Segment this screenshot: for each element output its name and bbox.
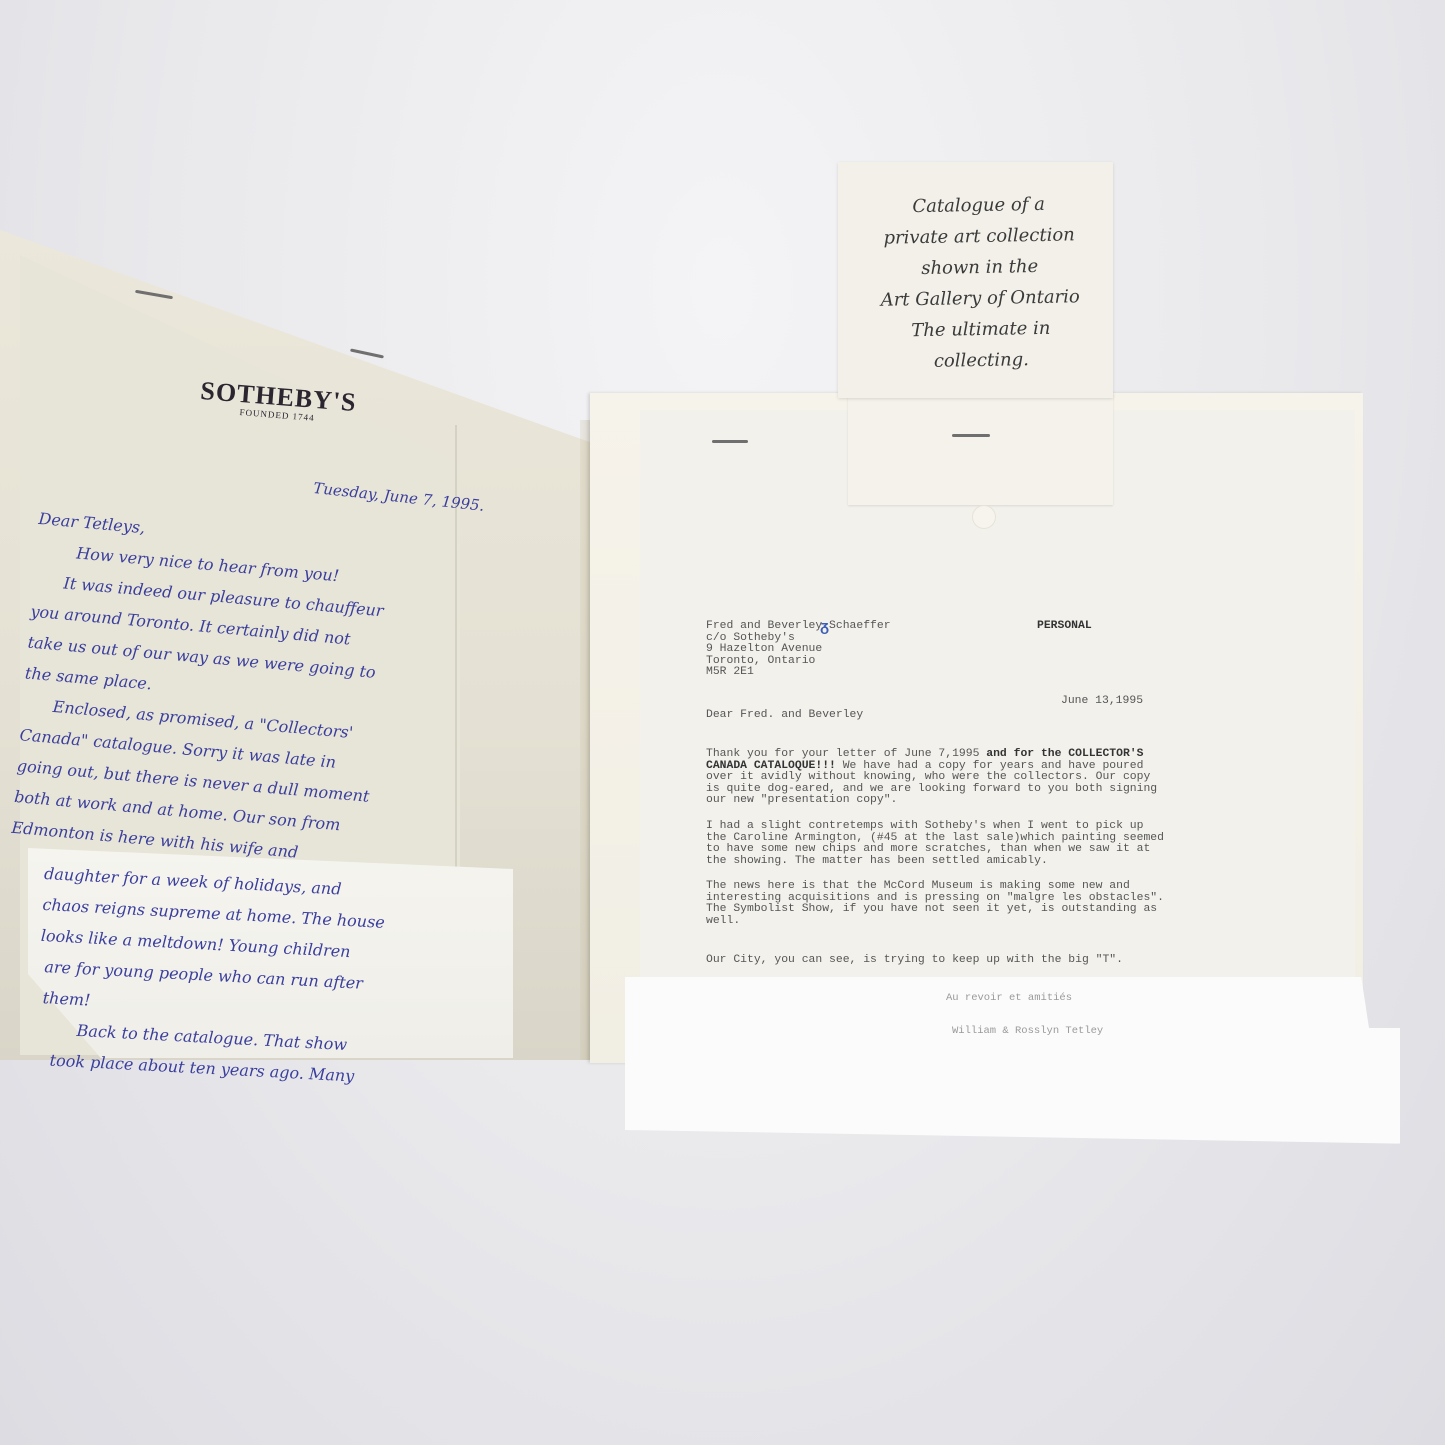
- typed-paragraph: I had a slight contretemps with Sotheby'…: [706, 821, 1164, 867]
- sticky-note-text: Catalogue of aprivate art collectionshow…: [858, 188, 1101, 378]
- typed-signature: William & Rosslyn Tetley: [952, 1025, 1103, 1037]
- sticky-note-line: collecting.: [861, 343, 1102, 378]
- personal-marker: PERSONAL: [1037, 621, 1092, 633]
- handwritten-body-lower: daughter for a week of holidays, and cha…: [34, 858, 388, 1093]
- typed-paragraph: Our City, you can see, is trying to keep…: [706, 955, 1123, 967]
- sticky-note-line: shown in the: [859, 250, 1100, 285]
- typed-closing: Au revoir et amitiés: [946, 992, 1072, 1004]
- address-line: Fred and Beverley Schaeffer: [706, 621, 891, 633]
- typed-salutation: Dear Fred. and Beverley: [706, 710, 863, 722]
- punch-hole: [972, 505, 996, 529]
- recipient-address: Fred and Beverley Schaefferc/o Sotheby's…: [706, 621, 891, 679]
- handwritten-body-upper: Dear Tetleys, How very nice to hear from…: [10, 503, 392, 874]
- address-line: M5R 2E1: [706, 667, 891, 679]
- typed-paragraph: Thank you for your letter of June 7,1995…: [706, 749, 1157, 807]
- sticky-note-line: The ultimate in: [861, 312, 1102, 347]
- sticky-note-line: Catalogue of a: [858, 188, 1099, 223]
- typed-paragraph: The news here is that the McCord Museum …: [706, 881, 1164, 927]
- sticky-note-tab: [848, 393, 1113, 505]
- sticky-note-line: private art collection: [859, 219, 1100, 254]
- staple-icon: [350, 348, 384, 358]
- staple-icon: [952, 434, 990, 437]
- sticky-note-line: Art Gallery of Ontario: [860, 281, 1101, 316]
- ink-correction-mark: ᵹ: [820, 618, 836, 634]
- staple-icon: [712, 440, 748, 443]
- typed-letter-date: June 13,1995: [1061, 696, 1143, 708]
- address-line: 9 Hazelton Avenue: [706, 644, 891, 656]
